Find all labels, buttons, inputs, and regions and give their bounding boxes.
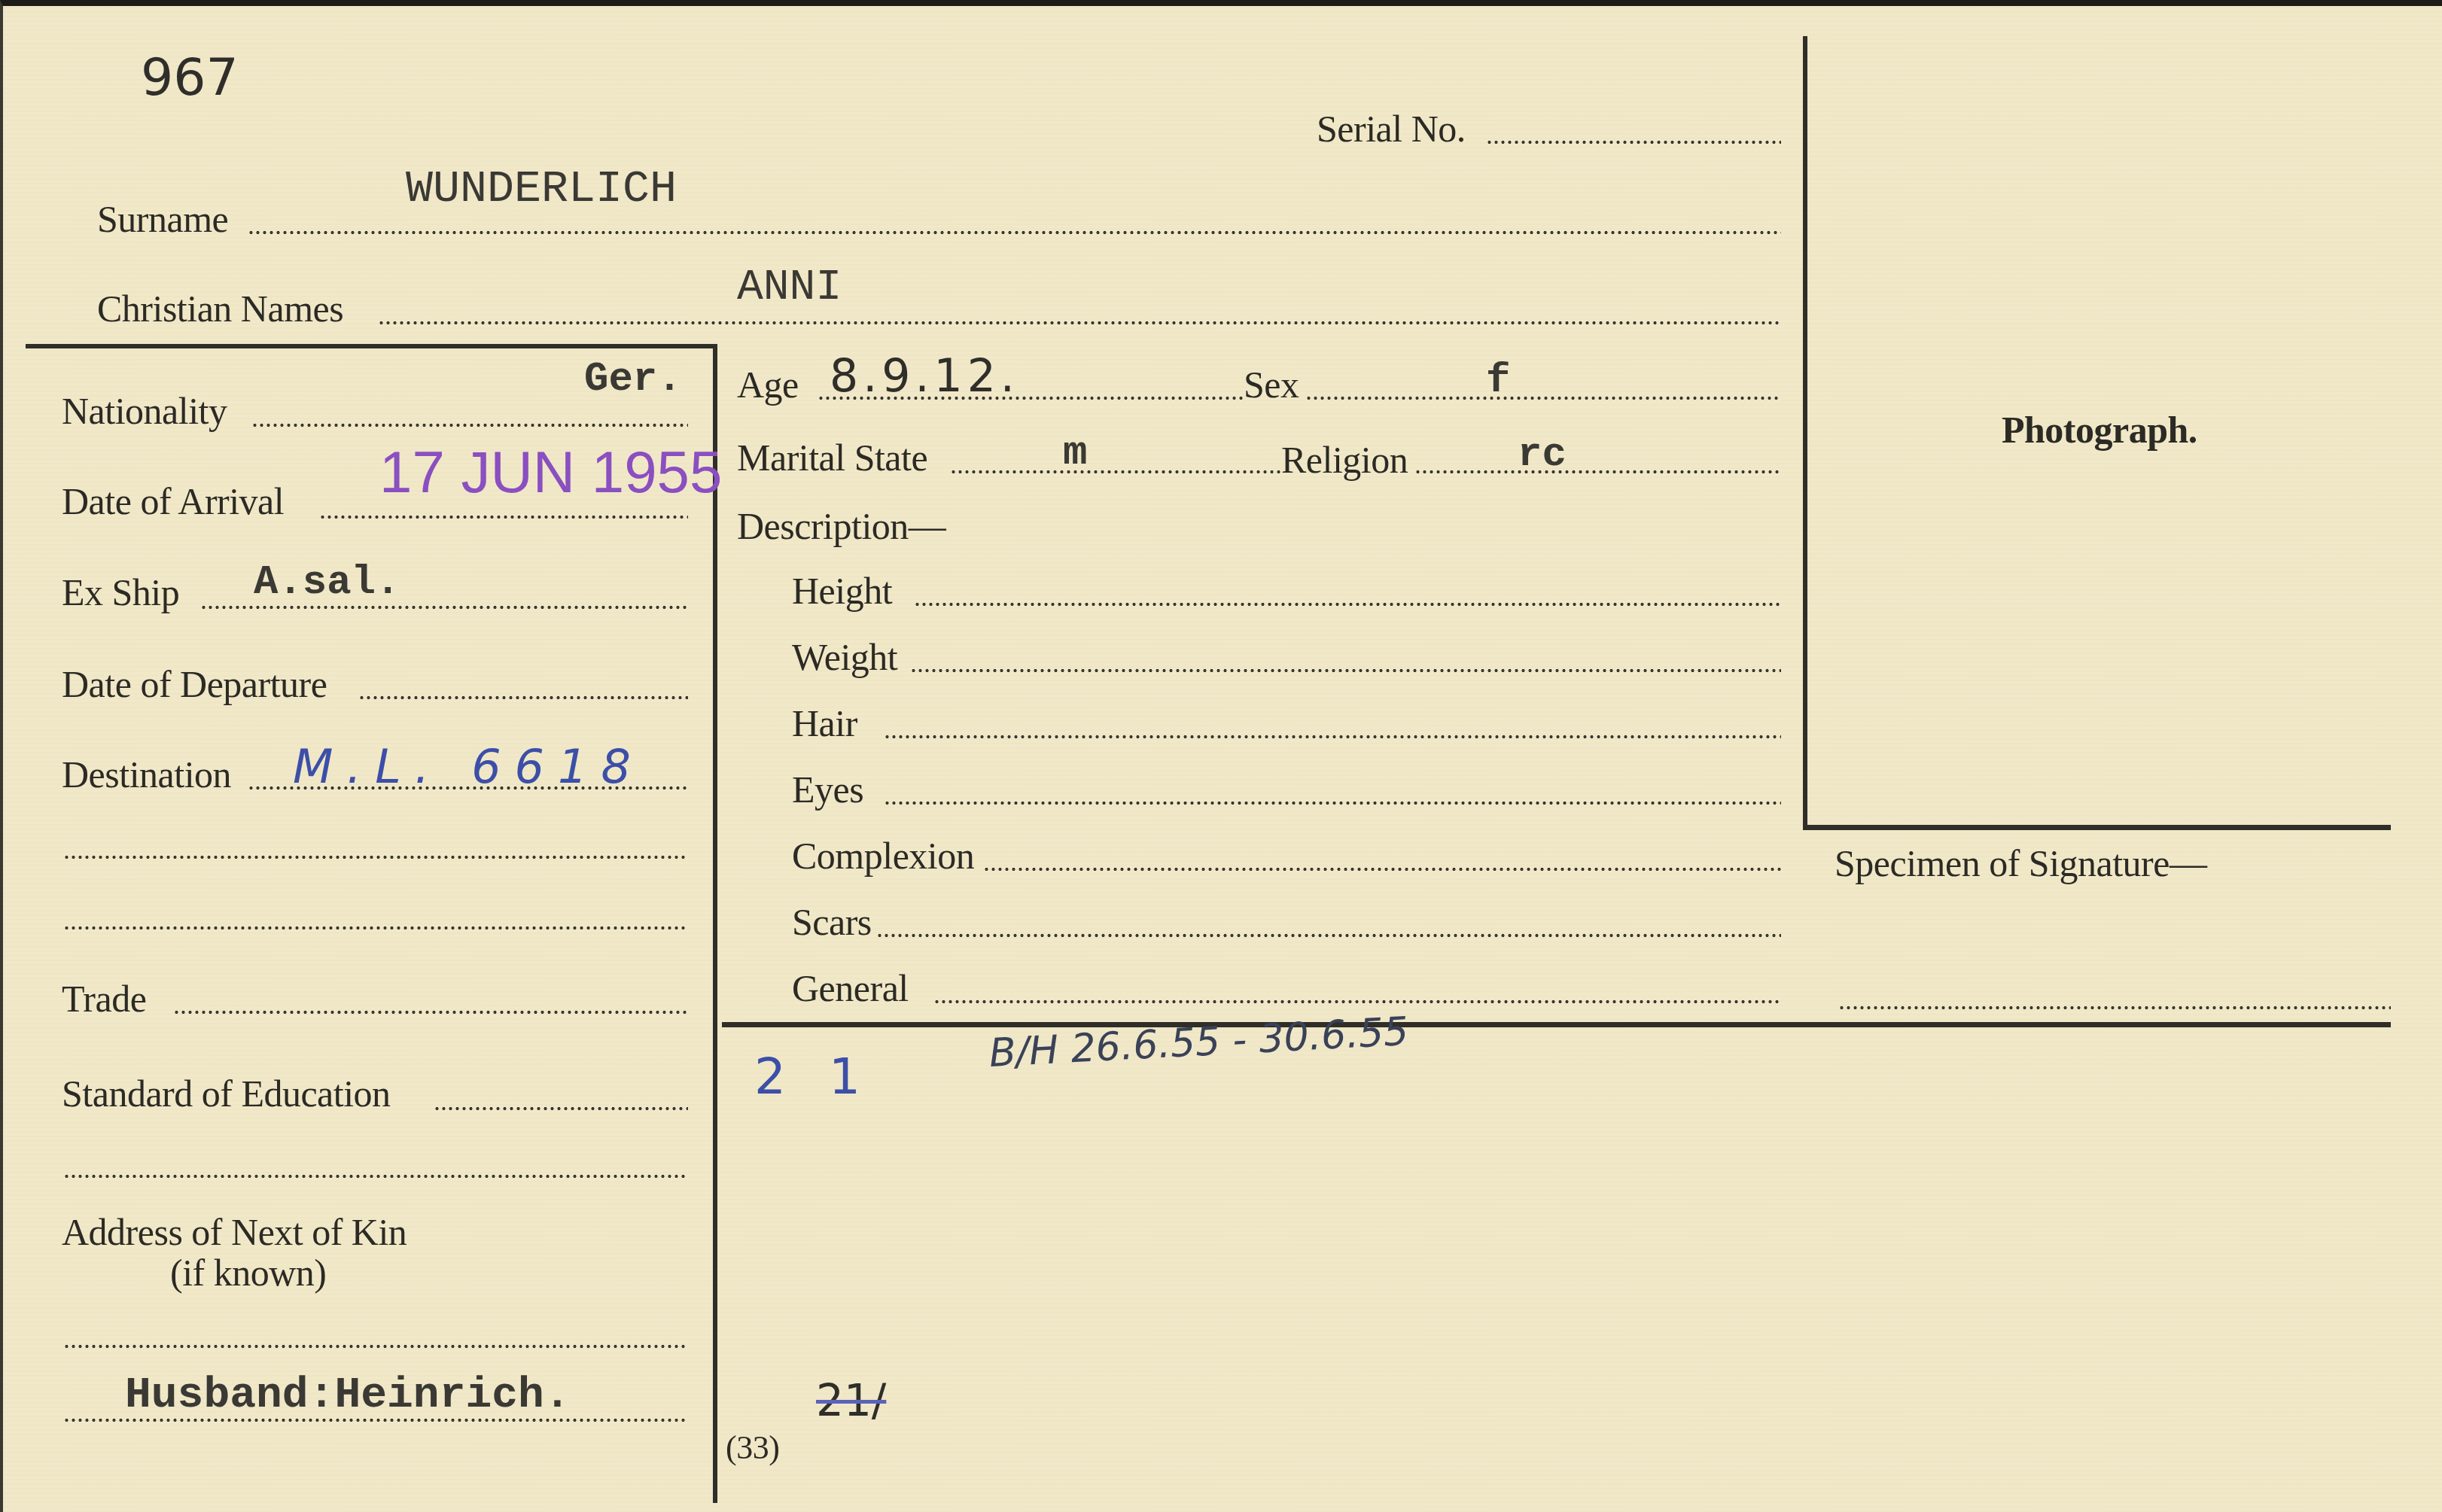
hair-label: Hair — [792, 704, 857, 742]
marital-state-value: m — [1063, 434, 1087, 474]
standard-of-education-label: Standard of Education — [62, 1075, 391, 1112]
scars-label: Scars — [792, 903, 872, 941]
surname-field[interactable] — [248, 230, 1781, 235]
trade-label: Trade — [62, 980, 146, 1018]
date-of-arrival-stamp: 17 JUN 1955 — [379, 443, 722, 501]
next-of-kin-line-1[interactable] — [63, 1344, 688, 1349]
nationality-label: Nationality — [62, 392, 227, 430]
date-of-arrival-label: Date of Arrival — [62, 482, 284, 520]
struck-number-annotation: 21/ — [816, 1379, 886, 1422]
nationality-value: Ger. — [584, 360, 682, 400]
card-number: 967 — [141, 53, 239, 104]
ex-ship-label: Ex Ship — [62, 573, 179, 611]
left-column-divider — [713, 344, 717, 1503]
number-21-annotation: 2 1 — [754, 1052, 874, 1102]
eyes-field[interactable] — [884, 801, 1781, 805]
description-label: Description— — [737, 507, 945, 545]
top-section-divider — [26, 344, 717, 348]
age-field[interactable] — [818, 396, 1243, 400]
christian-names-value: ANNI — [737, 266, 842, 310]
ex-ship-value: A.sal. — [254, 563, 400, 604]
next-of-kin-sublabel: (if known) — [170, 1254, 326, 1291]
marital-state-field[interactable] — [950, 470, 1281, 474]
next-of-kin-label: Address of Next of Kin — [62, 1213, 406, 1251]
next-of-kin-line-2[interactable] — [63, 1418, 688, 1422]
general-label: General — [792, 969, 909, 1007]
eyes-label: Eyes — [792, 771, 863, 808]
marital-state-label: Marital State — [737, 439, 927, 476]
nationality-field[interactable] — [251, 423, 688, 427]
signature-field[interactable] — [1838, 1005, 2391, 1010]
destination-value: M.L. 6618 — [293, 744, 644, 790]
immigration-record-card: 967 Serial No. Surname WUNDERLICH Christ… — [0, 0, 2442, 1512]
blank-line-3[interactable] — [63, 1174, 688, 1179]
height-field[interactable] — [914, 602, 1781, 607]
age-value: 8.9.12. — [830, 354, 1019, 399]
ex-ship-field[interactable] — [200, 605, 688, 610]
weight-label: Weight — [792, 638, 897, 676]
photo-box-left-border — [1803, 36, 1807, 828]
next-of-kin-value: Husband:Heinrich. — [125, 1374, 571, 1418]
date-of-arrival-field[interactable] — [319, 515, 688, 519]
hair-field[interactable] — [884, 735, 1781, 739]
description-bottom-divider — [722, 1022, 2391, 1027]
form-number: (33) — [726, 1431, 779, 1465]
weight-field[interactable] — [910, 668, 1781, 673]
blank-line-1[interactable] — [63, 855, 688, 859]
complexion-label: Complexion — [792, 837, 974, 875]
date-of-departure-field[interactable] — [358, 695, 688, 700]
serial-no-field[interactable] — [1486, 140, 1781, 145]
age-label: Age — [737, 366, 799, 403]
surname-label: Surname — [97, 200, 228, 238]
christian-names-label: Christian Names — [97, 290, 343, 327]
photograph-area — [1810, 36, 2391, 823]
religion-field[interactable] — [1414, 470, 1781, 474]
general-field[interactable] — [933, 999, 1781, 1004]
destination-label: Destination — [62, 756, 231, 793]
height-label: Height — [792, 572, 892, 610]
surname-value: WUNDERLICH — [406, 167, 677, 212]
sex-label: Sex — [1244, 366, 1299, 403]
complexion-field[interactable] — [983, 867, 1781, 872]
serial-no-label: Serial No. — [1317, 110, 1466, 148]
signature-label: Specimen of Signature— — [1835, 844, 2206, 882]
sex-field[interactable] — [1305, 396, 1781, 400]
photo-box-bottom-border — [1803, 825, 2391, 830]
standard-of-education-field[interactable] — [434, 1106, 688, 1111]
religion-label: Religion — [1281, 441, 1408, 479]
trade-field[interactable] — [173, 1010, 688, 1015]
destination-field[interactable] — [248, 786, 688, 790]
scars-field[interactable] — [876, 933, 1781, 938]
date-of-departure-label: Date of Departure — [62, 665, 327, 703]
blank-line-2[interactable] — [63, 926, 688, 930]
christian-names-field[interactable] — [378, 321, 1781, 325]
